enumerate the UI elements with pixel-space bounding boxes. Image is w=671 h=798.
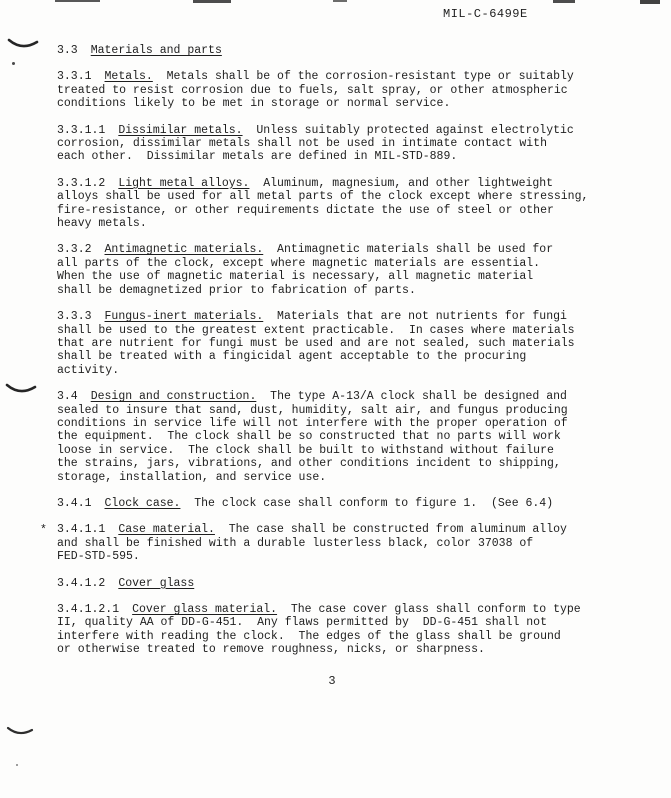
section-number: 3.4.1.2	[57, 577, 105, 590]
section-paragraph-3-3-2: 3.3.2Antimagnetic materials. Antimagneti…	[57, 243, 607, 297]
document-id-header: MIL-C-6499E	[443, 7, 528, 21]
section-body: The clock case shall conform to figure 1…	[180, 497, 553, 510]
section-paragraph-3-4-1: 3.4.1Clock case. The clock case shall co…	[57, 497, 607, 510]
section-paragraph-3-3-1-1: 3.3.1.1Dissimilar metals. Unless suitabl…	[57, 124, 607, 164]
section-paragraph-3-3-1: 3.3.1Metals. Metals shall be of the corr…	[57, 70, 607, 110]
section-paragraph-3-4-1-1: *3.4.1.1Case material. The case shall be…	[57, 523, 607, 563]
scan-artifact-curve	[6, 36, 40, 54]
section-number: 3.3.3	[57, 310, 92, 323]
section-title: Antimagnetic materials.	[105, 243, 264, 256]
section-number: 3.4.1.1	[57, 523, 105, 536]
section-paragraph-3-4-1-2-1: 3.4.1.2.1Cover glass material. The case …	[57, 603, 607, 657]
scanned-spec-page: MIL-C-6499E 3.3Materials and parts 3.3.1…	[0, 0, 671, 798]
scan-artifact-dot	[16, 764, 18, 766]
scan-artifact-top-smudge	[333, 0, 347, 2]
section-number: 3.3.1.2	[57, 177, 105, 190]
scan-artifact-dot	[12, 62, 15, 65]
section-title: Materials and parts	[91, 44, 222, 57]
section-title: Design and construction.	[91, 390, 257, 403]
section-heading-3-4-1-2: 3.4.1.2Cover glass	[57, 577, 607, 590]
scan-artifact-curve	[5, 724, 35, 740]
section-number: 3.4	[57, 390, 78, 403]
page-number: 3	[57, 674, 607, 688]
change-indicator-asterisk: *	[40, 524, 47, 537]
scan-artifact-top-smudge	[55, 0, 100, 2]
section-title: Case material.	[118, 523, 215, 536]
section-paragraph-3-3-3: 3.3.3Fungus-inert materials. Materials t…	[57, 310, 607, 377]
page-content: 3.3Materials and parts 3.3.1Metals. Meta…	[57, 44, 607, 688]
section-paragraph-3-3-1-2: 3.3.1.2Light metal alloys. Aluminum, mag…	[57, 177, 607, 231]
section-title: Metals.	[105, 70, 153, 83]
section-paragraph-3-4: 3.4Design and construction. The type A-1…	[57, 390, 607, 484]
section-number: 3.4.1	[57, 497, 92, 510]
section-number: 3.4.1.2.1	[57, 603, 119, 616]
section-number: 3.3.2	[57, 243, 92, 256]
section-number: 3.3.1.1	[57, 124, 105, 137]
section-number: 3.3	[57, 44, 78, 57]
section-body: The type A-13/A clock shall be designed …	[57, 390, 568, 483]
section-number: 3.3.1	[57, 70, 92, 83]
scan-artifact-top-smudge	[193, 0, 231, 3]
section-title: Cover glass	[118, 577, 194, 590]
scan-artifact-curve	[4, 381, 38, 399]
section-heading-3-3: 3.3Materials and parts	[57, 44, 607, 57]
section-title: Fungus-inert materials.	[105, 310, 264, 323]
section-title: Cover glass material.	[132, 603, 277, 616]
scan-artifact-top-smudge	[553, 0, 575, 3]
section-title: Dissimilar metals.	[118, 124, 242, 137]
scan-artifact-top-smudge	[640, 0, 660, 4]
section-title: Clock case.	[105, 497, 181, 510]
section-title: Light metal alloys.	[118, 177, 249, 190]
